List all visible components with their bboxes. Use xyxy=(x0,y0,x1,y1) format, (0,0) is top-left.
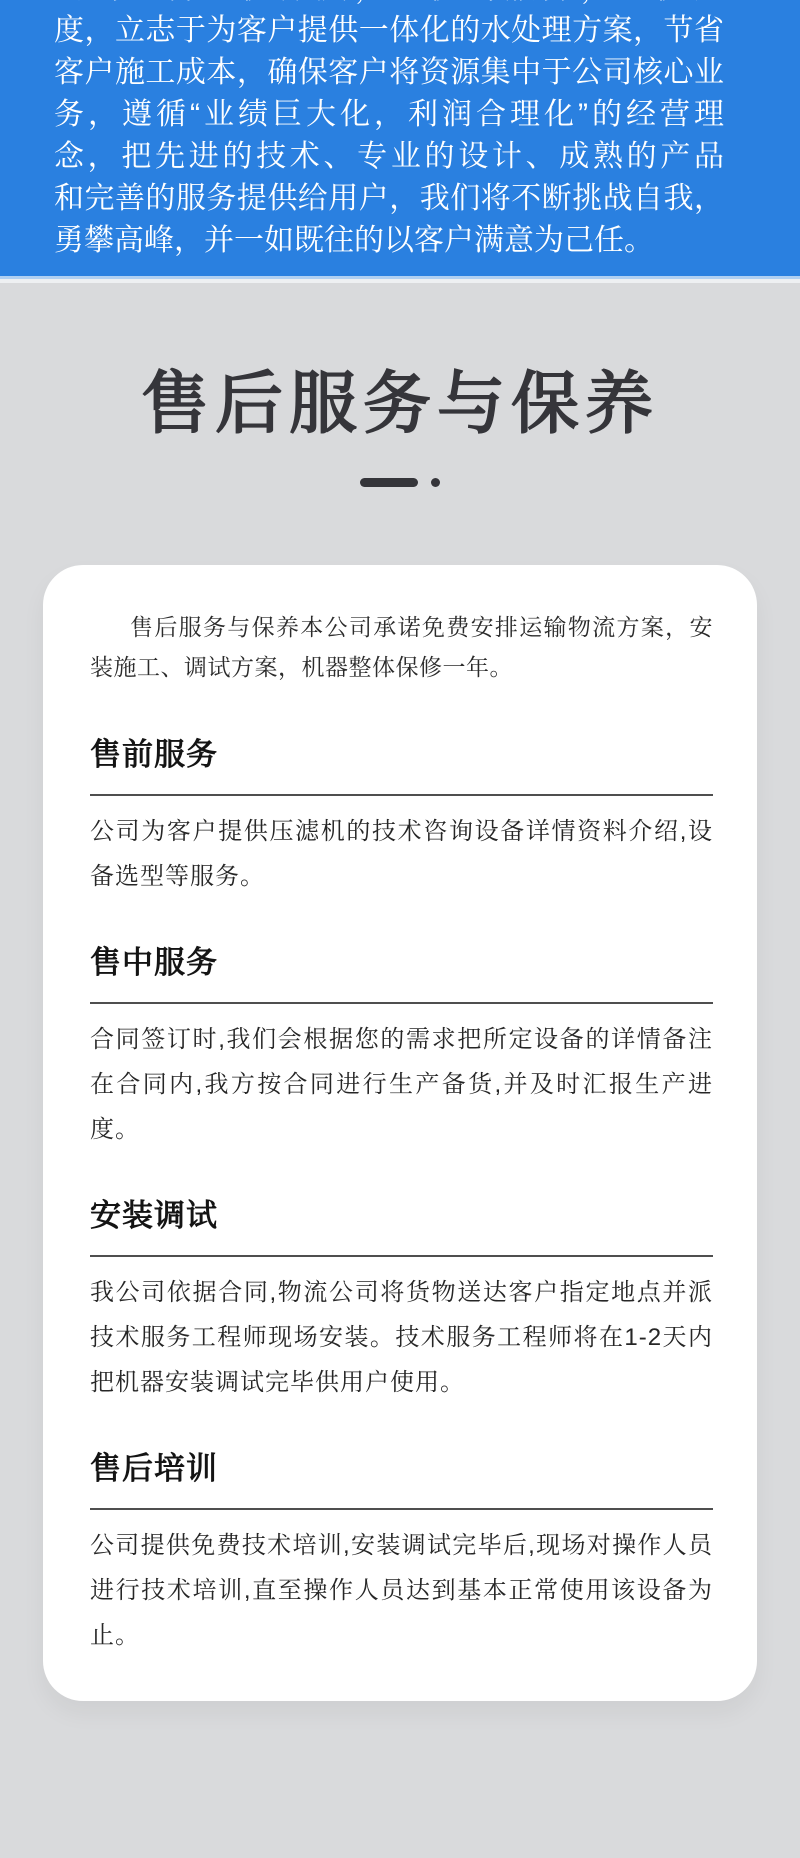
service-card: 售后服务与保养本公司承诺免费安排运输物流方案，安装施工、调试方案，机器整体保修一… xyxy=(43,565,757,1701)
service-section-presale: 售前服务 公司为客户提供压滤机的技术咨询设备详情资料介绍,设备选型等服务。 xyxy=(90,737,713,899)
section-divider xyxy=(90,1002,713,1004)
section-divider xyxy=(90,794,713,796)
content-section: 售后服务与保养 售后服务与保养本公司承诺免费安排运输物流方案，安装施工、调试方案… xyxy=(0,283,800,1701)
hero-line: 和完善的服务提供给用户，我们将不断挑战自我， xyxy=(54,178,724,220)
hero-line: 念，把先进的技术、专业的设计、成熟的产品 xyxy=(54,136,724,178)
hero-line: 务，遵循“业绩巨大化，利润合理化”的经营理 xyxy=(54,94,724,136)
section-body: 我公司依据合同,物流公司将货物送达客户指定地点并派技术服务工程师现场安装。技术服… xyxy=(90,1270,713,1405)
service-section-training: 售后培训 公司提供免费技术培训,安装调试完毕后,现场对操作人员进行技术培训,直至… xyxy=(90,1451,713,1658)
page: 公司坚持一流品质，一流的服务，一流速 度，立志于为客户提供一体化的水处理方案，节… xyxy=(0,0,800,1858)
service-section-midsale: 售中服务 合同签订时,我们会根据您的需求把所定设备的详情备注在合同内,我方按合同… xyxy=(90,945,713,1152)
hero-line: 度，立志于为客户提供一体化的水处理方案，节省 xyxy=(54,10,724,52)
service-section-install: 安装调试 我公司依据合同,物流公司将货物送达客户指定地点并派技术服务工程师现场安… xyxy=(90,1198,713,1405)
hero-line: 客户施工成本，确保客户将资源集中于公司核心业 xyxy=(54,52,724,94)
hero-line-clipped: 公司坚持一流品质，一流的服务，一流速 xyxy=(54,0,724,10)
section-body: 公司提供免费技术培训,安装调试完毕后,现场对操作人员进行技术培训,直至操作人员达… xyxy=(90,1523,713,1658)
ornament-dash-icon xyxy=(360,478,418,487)
section-heading: 安装调试 xyxy=(90,1198,713,1234)
page-title: 售后服务与保养 xyxy=(0,369,800,439)
section-divider xyxy=(90,1255,713,1257)
intro-paragraph: 售后服务与保养本公司承诺免费安排运输物流方案，安装施工、调试方案，机器整体保修一… xyxy=(90,607,713,687)
title-ornament xyxy=(0,477,800,487)
section-heading: 售后培训 xyxy=(90,1451,713,1487)
hero-section: 公司坚持一流品质，一流的服务，一流速 度，立志于为客户提供一体化的水处理方案，节… xyxy=(0,0,800,279)
section-body: 公司为客户提供压滤机的技术咨询设备详情资料介绍,设备选型等服务。 xyxy=(90,809,713,899)
section-body: 合同签订时,我们会根据您的需求把所定设备的详情备注在合同内,我方按合同进行生产备… xyxy=(90,1017,713,1152)
section-heading: 售中服务 xyxy=(90,945,713,981)
section-divider xyxy=(90,1508,713,1510)
ornament-dot-icon xyxy=(431,478,440,487)
section-heading: 售前服务 xyxy=(90,737,713,773)
hero-line: 勇攀高峰，并一如既往的以客户满意为己任。 xyxy=(54,220,724,262)
